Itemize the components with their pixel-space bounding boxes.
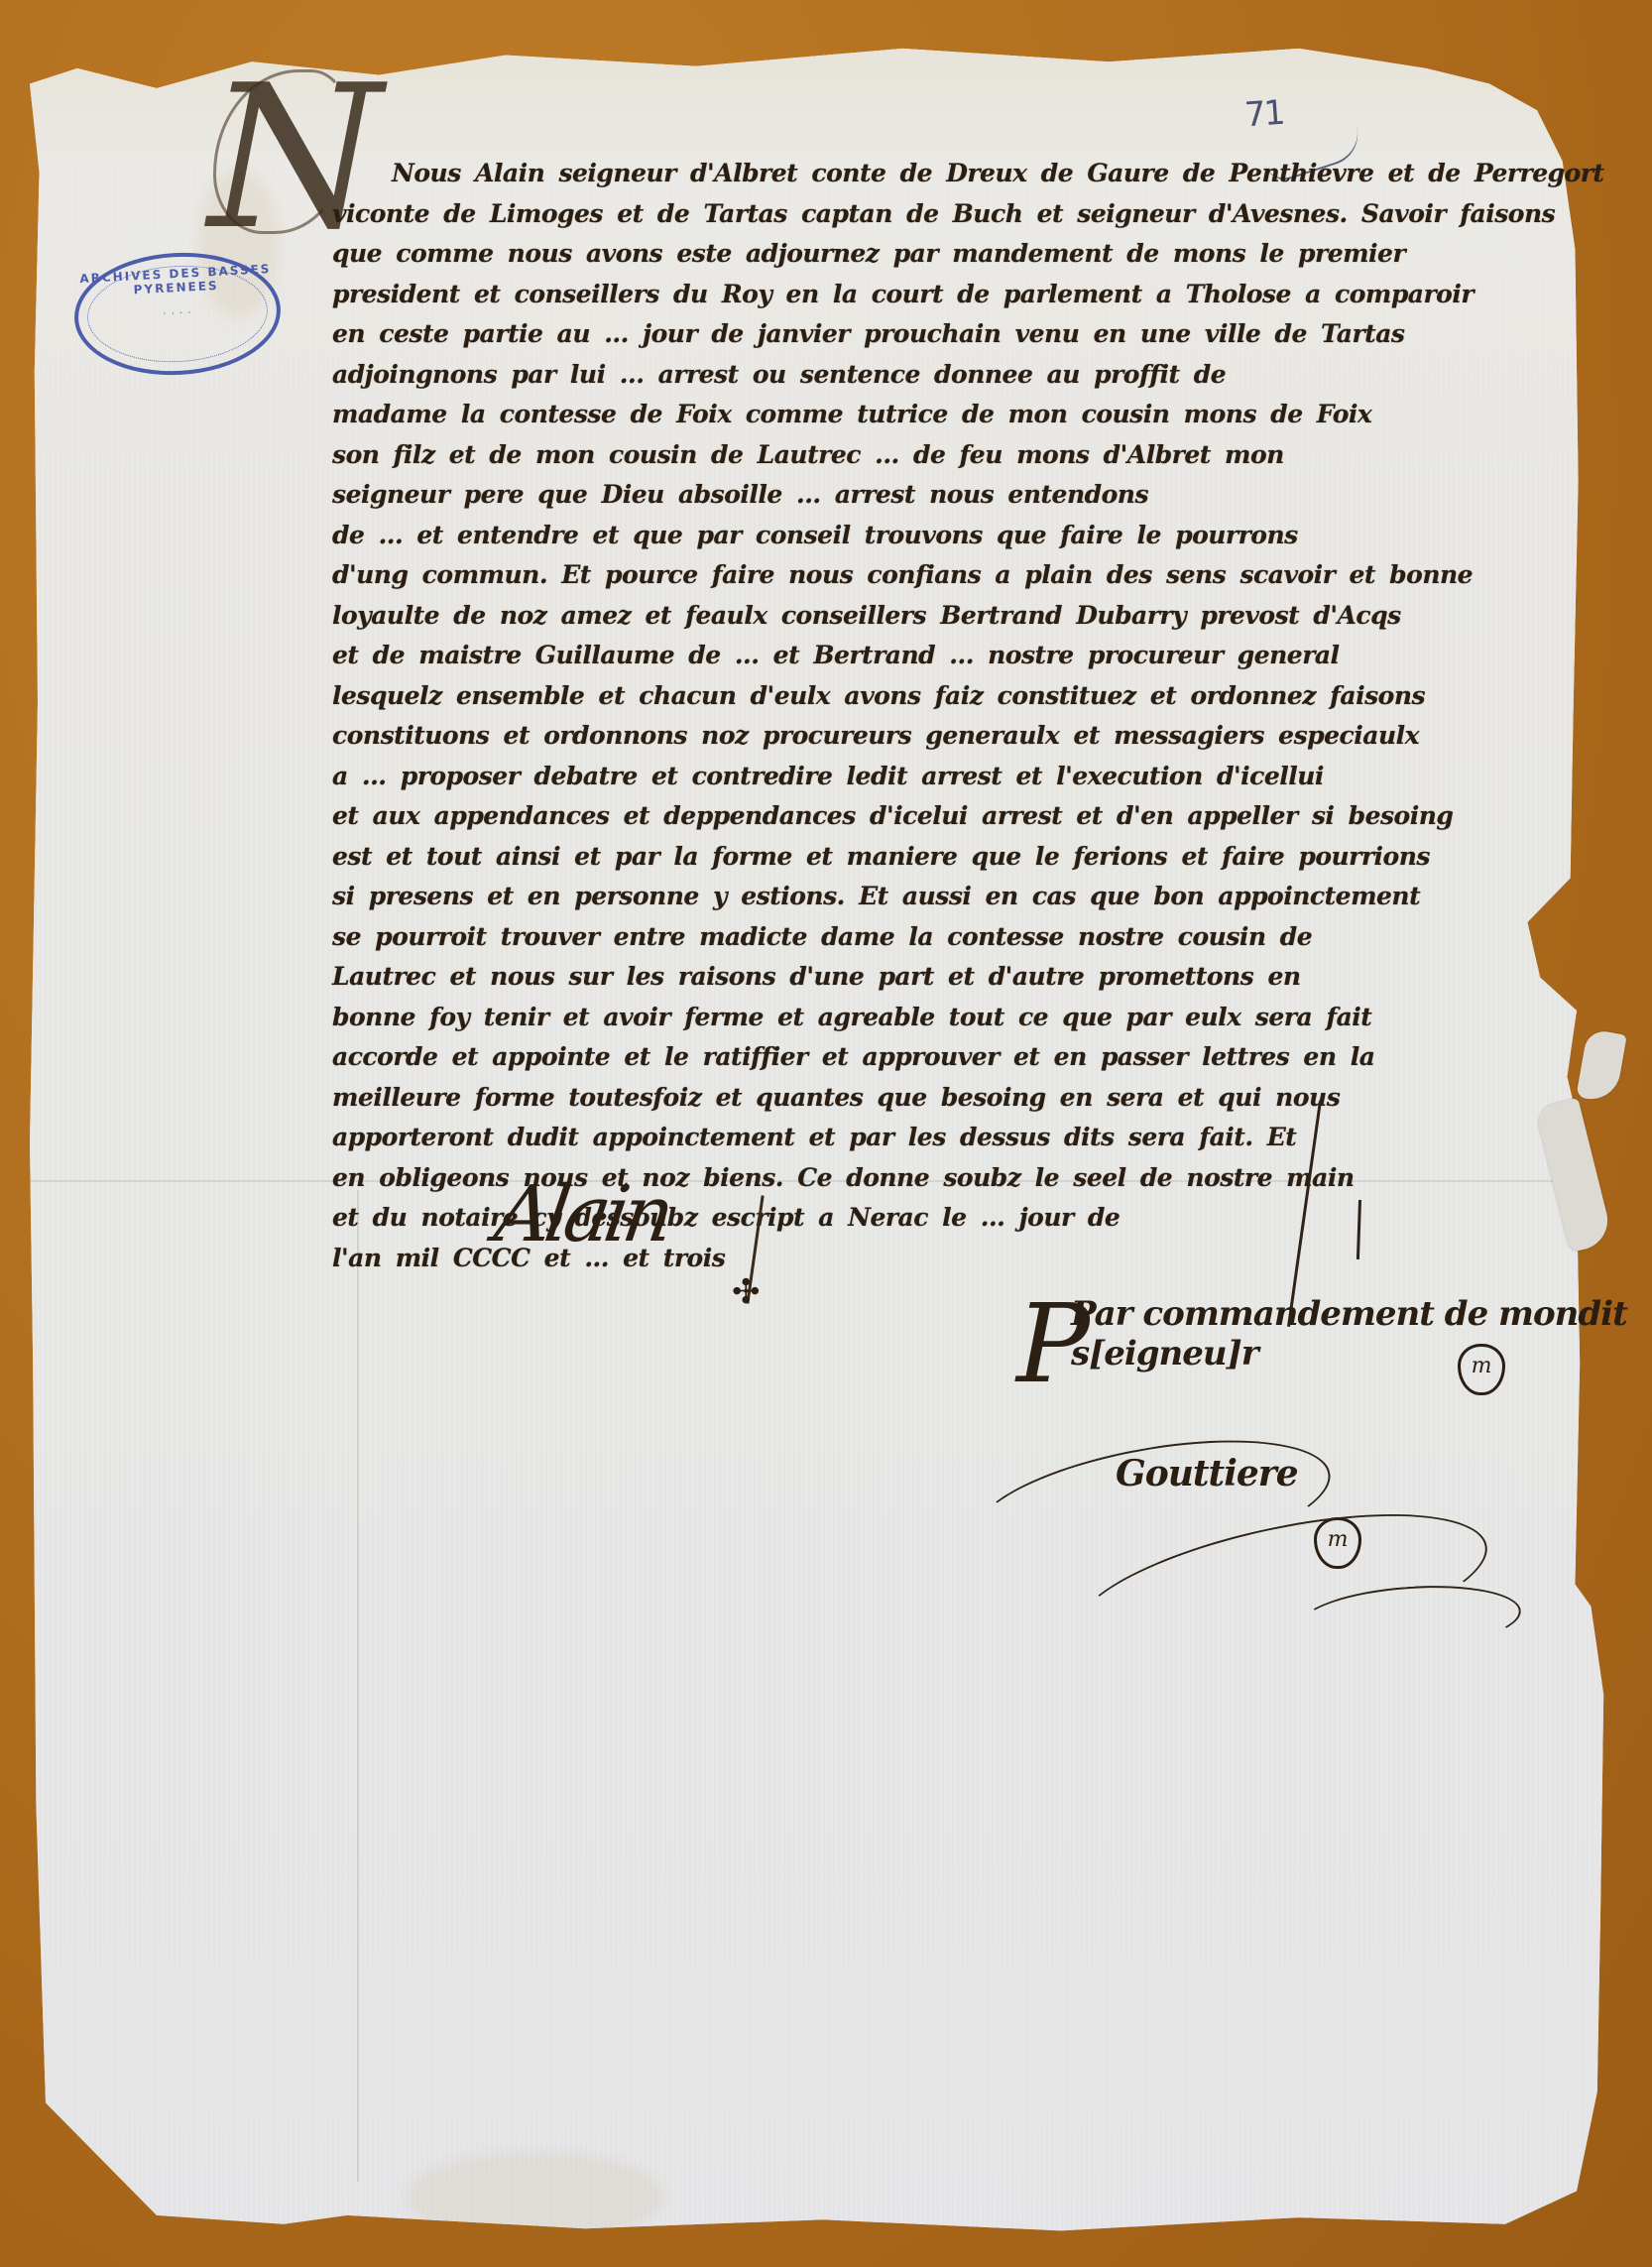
text-line: que comme nous avons este adjournez par … [332,239,1582,280]
lord-signature: Alain [490,1170,674,1259]
letter-body: Nous Alain seigneur d'Albret conte de Dr… [332,159,1582,1283]
text-line: seigneur pere que Dieu absoille ... arre… [332,480,1582,521]
text-line: lesquelz ensemble et chacun d'eulx avons… [332,681,1582,722]
text-line: meilleure forme toutesfoiz et quantes qu… [332,1083,1582,1124]
closing-formula: Par commandement de mondit s[eigneu]r [1071,1294,1652,1373]
text-line: apporteront dudit appoinctement et par l… [332,1123,1582,1163]
text-line: si presens et en personne y estions. Et … [332,882,1582,922]
text-line: president et conseillers du Roy en la co… [332,280,1582,320]
text-line: et aux appendances et deppendances d'ice… [332,801,1582,842]
text-line: constituons et ordonnons noz procureurs … [332,721,1582,762]
text-line: en ceste partie au ... jour de janvier p… [332,319,1582,360]
fold-crease [357,1190,359,2182]
folio-number: 71 [1243,93,1285,136]
text-line: et de maistre Guillaume de ... et Bertra… [332,641,1582,681]
signature-knot-icon: ✣ [732,1272,761,1312]
text-line: accorde et appointe et le ratiffier et a… [332,1042,1582,1083]
text-line: madame la contesse de Foix comme tutrice… [332,400,1582,440]
water-stain [407,2152,664,2241]
text-line: d'ung commun. Et pource faire nous confi… [332,560,1582,601]
text-line: loyaulte de noz amez et feaulx conseille… [332,601,1582,642]
text-line: de ... et entendre et que par conseil tr… [332,521,1582,561]
text-line: a ... proposer debatre et contredire led… [332,762,1582,802]
text-line: est et tout ainsi et par la forme et man… [332,842,1582,883]
text-line: son filz et de mon cousin de Lautrec ...… [332,440,1582,481]
text-line: adjoingnons par lui ... arrest ou senten… [332,360,1582,401]
text-line: viconte de Limoges et de Tartas captan d… [332,199,1582,240]
text-line: Nous Alain seigneur d'Albret conte de Dr… [332,159,1582,199]
closing-text: Par commandement de mondit s[eigneu]r [1071,1294,1627,1373]
torn-fragment [1576,1028,1627,1104]
text-line: Lautrec et nous sur les raisons d'une pa… [332,962,1582,1003]
text-line: se pourroit trouver entre madicte dame l… [332,922,1582,963]
text-line: bonne foy tenir et avoir ferme et agreab… [332,1003,1582,1043]
